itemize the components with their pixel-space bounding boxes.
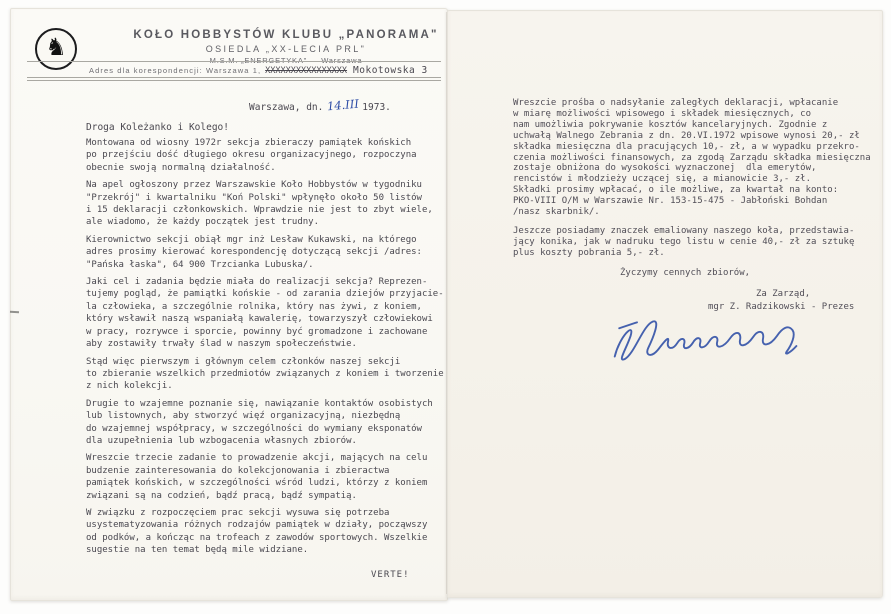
club-logo: ♞	[35, 28, 77, 70]
paragraph: W związku z rozpoczęciem prac sekcji wys…	[86, 507, 446, 557]
correspondence-address: Adres dla korespondencji: Warszawa 1,XXX…	[89, 65, 428, 76]
letterhead-rule-bottom-2	[27, 80, 441, 81]
handwritten-signature	[596, 301, 844, 380]
org-subline1: OSIEDLA „XX-LECIA PRL"	[121, 44, 451, 54]
paragraph: Stąd więc pierwszym i głównym celem czło…	[86, 356, 446, 393]
handwritten-date: 14.III	[327, 97, 360, 114]
paragraph: Na apel ogłoszony przez Warszawskie Koło…	[86, 179, 446, 229]
rearing-horse-icon: ♞	[45, 36, 67, 60]
scan-artifact	[10, 311, 19, 313]
letterhead-rule-bottom-1	[27, 77, 441, 78]
paragraph: Montowana od wiosny 1972r sekcja zbierac…	[86, 137, 446, 174]
dateline-prefix: Warszawa, dn.	[249, 102, 323, 113]
address-value: Mokotowska 3	[353, 65, 428, 76]
address-struck-out: XXXXXXXXXXXXXXXX	[265, 66, 347, 76]
paragraph: Wreszcie prośba o nadsyłanie zaległych d…	[513, 98, 883, 218]
paragraph: Wreszcie trzecie zadanie to prowadzenie …	[86, 452, 446, 502]
org-name: KOŁO HOBBYSTÓW KLUBU „PANORAMA"	[121, 29, 451, 41]
salutation: Droga Koleżanko i Kolego!	[86, 122, 229, 133]
paragraph: Jaki cel i zadania będzie miała do reali…	[86, 276, 446, 350]
letter-body-page-1: Montowana od wiosny 1972r sekcja zbierac…	[86, 137, 446, 562]
letter-page-1: ♞ KOŁO HOBBYSTÓW KLUBU „PANORAMA" OSIEDL…	[10, 8, 448, 601]
letter-body-page-2: Wreszcie prośba o nadsyłanie zaległych d…	[513, 98, 883, 268]
closing-line: Życzymy cennych zbiorów,	[620, 268, 750, 278]
dateline: Warszawa, dn.14.III1973.	[249, 99, 391, 113]
dateline-year: 1973.	[362, 102, 391, 113]
letterhead-rule-top	[27, 61, 441, 62]
page-turn-note: VERTE!	[371, 570, 410, 580]
signoff-on-behalf: Za Zarząd,	[756, 289, 810, 299]
paragraph: Jeszcze posiadamy znaczek emaliowany nas…	[513, 226, 883, 259]
paragraph: Drugie to wzajemne poznanie się, nawiąza…	[86, 398, 446, 448]
paragraph: Kierownictwo sekcji obiął mgr inż Lesław…	[86, 234, 446, 271]
letter-page-2: Wreszcie prośba o nadsyłanie zaległych d…	[447, 10, 883, 598]
letterhead: KOŁO HOBBYSTÓW KLUBU „PANORAMA" OSIEDLA …	[121, 29, 451, 65]
address-label: Adres dla korespondencji: Warszawa 1,	[89, 66, 261, 75]
